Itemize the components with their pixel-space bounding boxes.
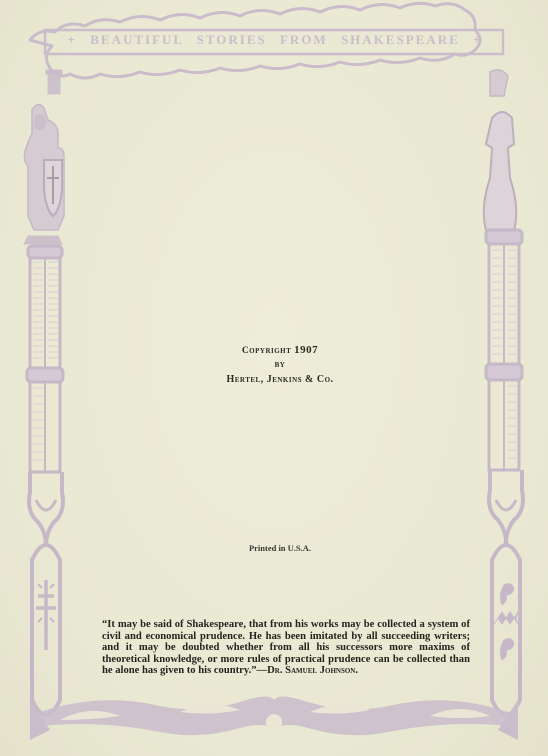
left-lower-ornament bbox=[29, 472, 63, 715]
johnson-quote: “It may be said of Shakespeare, that fro… bbox=[102, 619, 470, 677]
copyright-line: Copyright 1907 bbox=[180, 344, 380, 356]
copyright-year: 1907 bbox=[294, 344, 318, 356]
page: + BEAUTIFUL STORIES FROM SHAKESPEARE + C… bbox=[0, 0, 548, 756]
copyright-by: BY bbox=[180, 361, 380, 369]
copyright-block: Copyright 1907 BY Hertel, Jenkins & Co. bbox=[180, 344, 380, 385]
quote-attribution: Dr. Samuel Johnson. bbox=[267, 665, 358, 676]
lady-icon bbox=[484, 70, 522, 244]
bottom-scrollwork bbox=[30, 696, 518, 740]
cross-of-lorraine-icon bbox=[36, 580, 56, 650]
castle-icon bbox=[46, 70, 62, 94]
publisher-name: Hertel, Jenkins & Co. bbox=[180, 374, 380, 385]
knight-icon bbox=[24, 104, 64, 244]
printed-in-label: Printed in U.S.A. bbox=[180, 543, 380, 553]
banner-title: + BEAUTIFUL STORIES FROM SHAKESPEARE + bbox=[60, 32, 490, 48]
heraldic-motifs-icon bbox=[494, 584, 518, 660]
copyright-label: Copyright bbox=[242, 346, 291, 356]
